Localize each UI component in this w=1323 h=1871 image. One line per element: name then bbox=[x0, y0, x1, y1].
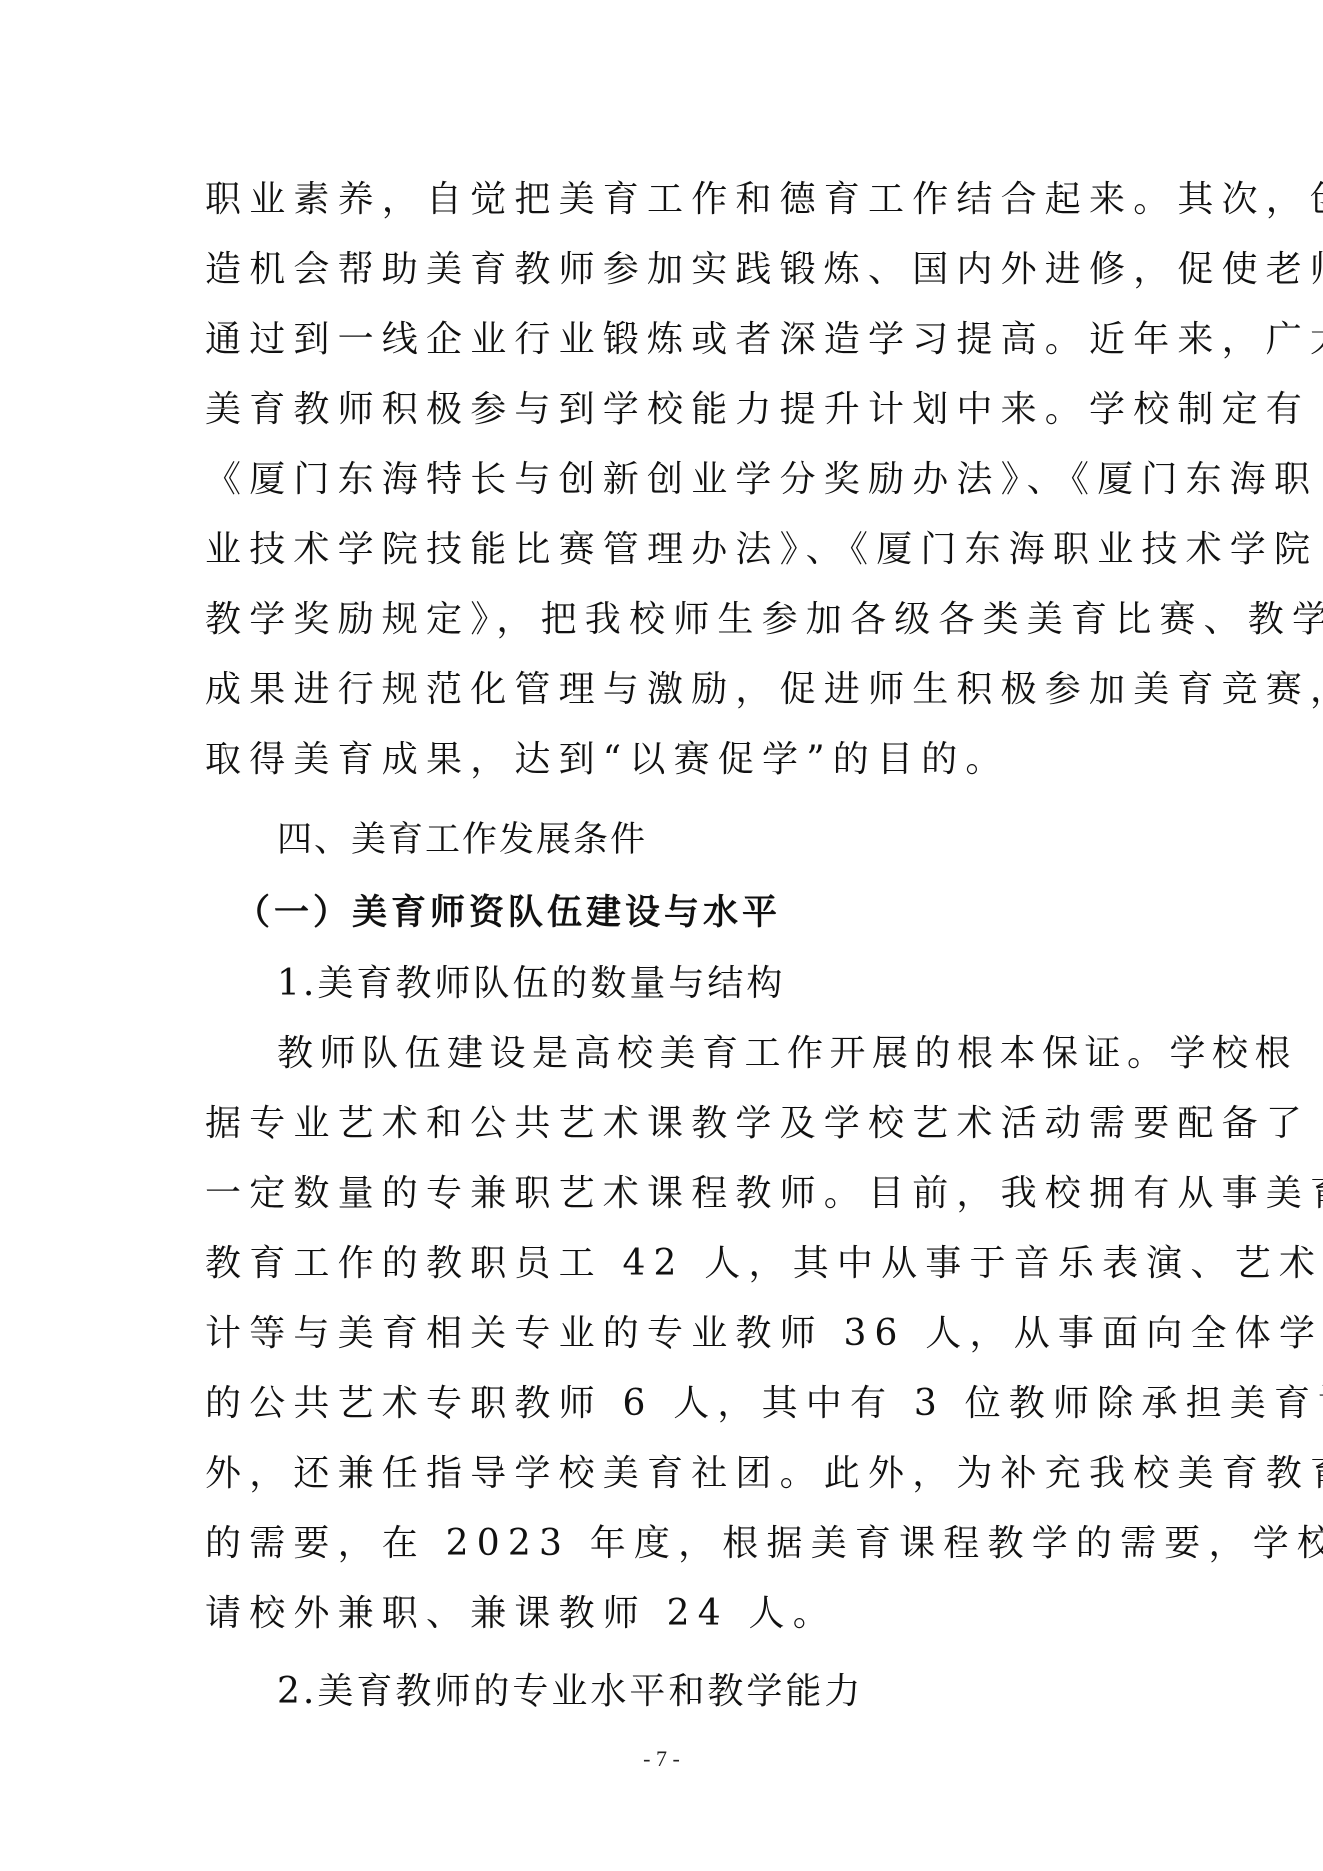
document-page: 职业素养，自觉把美育工作和德育工作结合起来。其次，创 造机会帮助美育教师参加实践… bbox=[205, 165, 1130, 1727]
item-1-heading: 1.美育教师队伍的数量与结构 bbox=[205, 949, 1130, 1019]
text-line: 取得美育成果，达到“以赛促学”的目的。 bbox=[205, 725, 1130, 795]
text-line: 职业素养，自觉把美育工作和德育工作结合起来。其次，创 bbox=[205, 165, 1130, 235]
text-line: 的公共艺术专职教师 6 人，其中有 3 位教师除承担美育课程 bbox=[205, 1369, 1130, 1439]
paragraph-1: 职业素养，自觉把美育工作和德育工作结合起来。其次，创 造机会帮助美育教师参加实践… bbox=[205, 165, 1130, 795]
subsection-heading: （一）美育师资队伍建设与水平 bbox=[205, 877, 1130, 949]
section-heading: 四、美育工作发展条件 bbox=[205, 803, 1130, 877]
text-line: 教学奖励规定》，把我校师生参加各级各类美育比赛、教学 bbox=[205, 585, 1130, 655]
text-line: 造机会帮助美育教师参加实践锻炼、国内外进修，促使老师 bbox=[205, 235, 1130, 305]
text-line: 的需要，在 2023 年度，根据美育课程教学的需要，学校聘 bbox=[205, 1509, 1130, 1579]
text-line: 教师队伍建设是高校美育工作开展的根本保证。学校根 bbox=[205, 1019, 1130, 1089]
page-number: - 7 - bbox=[0, 1746, 1323, 1772]
text-line: 计等与美育相关专业的专业教师 36 人，从事面向全体学生 bbox=[205, 1299, 1130, 1369]
text-line: 业技术学院技能比赛管理办法》、《厦门东海职业技术学院 bbox=[205, 515, 1130, 585]
text-line: 成果进行规范化管理与激励，促进师生积极参加美育竞赛， bbox=[205, 655, 1130, 725]
item-2-heading: 2.美育教师的专业水平和教学能力 bbox=[205, 1657, 1130, 1727]
text-line: 请校外兼职、兼课教师 24 人。 bbox=[205, 1579, 1130, 1649]
paragraph-2: 教师队伍建设是高校美育工作开展的根本保证。学校根 据专业艺术和公共艺术课教学及学… bbox=[205, 1019, 1130, 1649]
text-line: 外，还兼任指导学校美育社团。此外，为补充我校美育教育 bbox=[205, 1439, 1130, 1509]
text-line: 通过到一线企业行业锻炼或者深造学习提高。近年来，广大 bbox=[205, 305, 1130, 375]
text-line: 据专业艺术和公共艺术课教学及学校艺术活动需要配备了 bbox=[205, 1089, 1130, 1159]
text-line: 美育教师积极参与到学校能力提升计划中来。学校制定有 bbox=[205, 375, 1130, 445]
text-line: 一定数量的专兼职艺术课程教师。目前，我校拥有从事美育 bbox=[205, 1159, 1130, 1229]
text-line: 教育工作的教职员工 42 人，其中从事于音乐表演、艺术设 bbox=[205, 1229, 1130, 1299]
text-line: 《厦门东海特长与创新创业学分奖励办法》、《厦门东海职 bbox=[205, 445, 1130, 515]
